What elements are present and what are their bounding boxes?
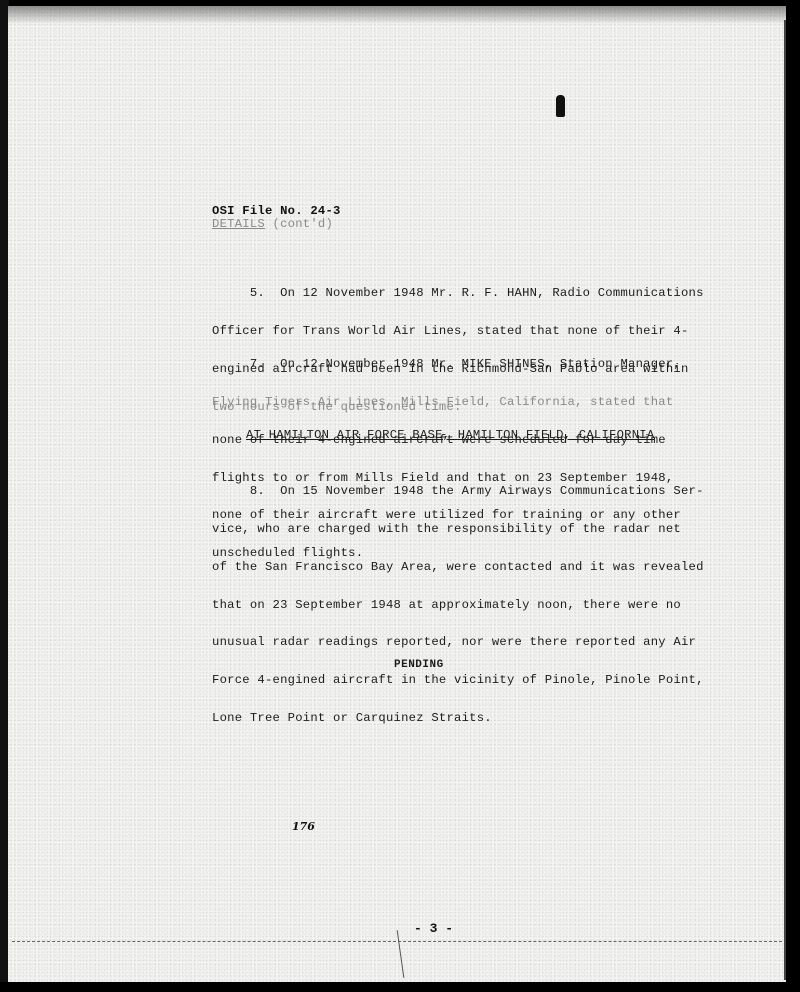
paragraph-line: 5. On 12 November 1948 Mr. R. F. HAHN, R… xyxy=(212,287,704,300)
paragraph-line: 8. On 15 November 1948 the Army Airways … xyxy=(212,485,704,498)
handwritten-note: 176 xyxy=(292,820,315,833)
scan-shadow-top xyxy=(8,6,786,24)
paragraph-line: Flying Tigers Air Lines, Mills Field, Ca… xyxy=(212,396,681,409)
status-pending: PENDING xyxy=(394,659,444,672)
paragraph-line: vice, who are charged with the responsib… xyxy=(212,523,704,536)
details-header: DETAILS (cont'd) xyxy=(212,218,333,231)
paragraph-line: unusual radar readings reported, nor wer… xyxy=(212,636,704,649)
page-number: - 3 - xyxy=(414,921,453,936)
paragraph-line: of the San Francisco Bay Area, were cont… xyxy=(212,561,704,574)
scan-edge-bottom xyxy=(0,982,800,992)
punch-mark xyxy=(556,95,565,117)
fold-line xyxy=(12,941,782,942)
paragraph-line: 7. On 12 November 1948 Mr. MIKE SHINES, … xyxy=(212,358,681,371)
details-suffix: (cont'd) xyxy=(265,217,333,231)
paragraph-line: that on 23 September 1948 at approximate… xyxy=(212,599,704,612)
paragraph-line: Force 4-engined aircraft in the vicinity… xyxy=(212,674,704,687)
section-heading: AT HAMILTON AIR FORCE BASE, HAMILTON FIE… xyxy=(246,429,654,442)
file-header: OSI File No. 24-3 xyxy=(212,205,341,218)
scan-edge-right xyxy=(786,0,800,992)
details-label: DETAILS xyxy=(212,217,265,231)
paragraph-8: 8. On 15 November 1948 the Army Airways … xyxy=(212,460,704,737)
paragraph-line: Lone Tree Point or Carquinez Straits. xyxy=(212,712,704,725)
